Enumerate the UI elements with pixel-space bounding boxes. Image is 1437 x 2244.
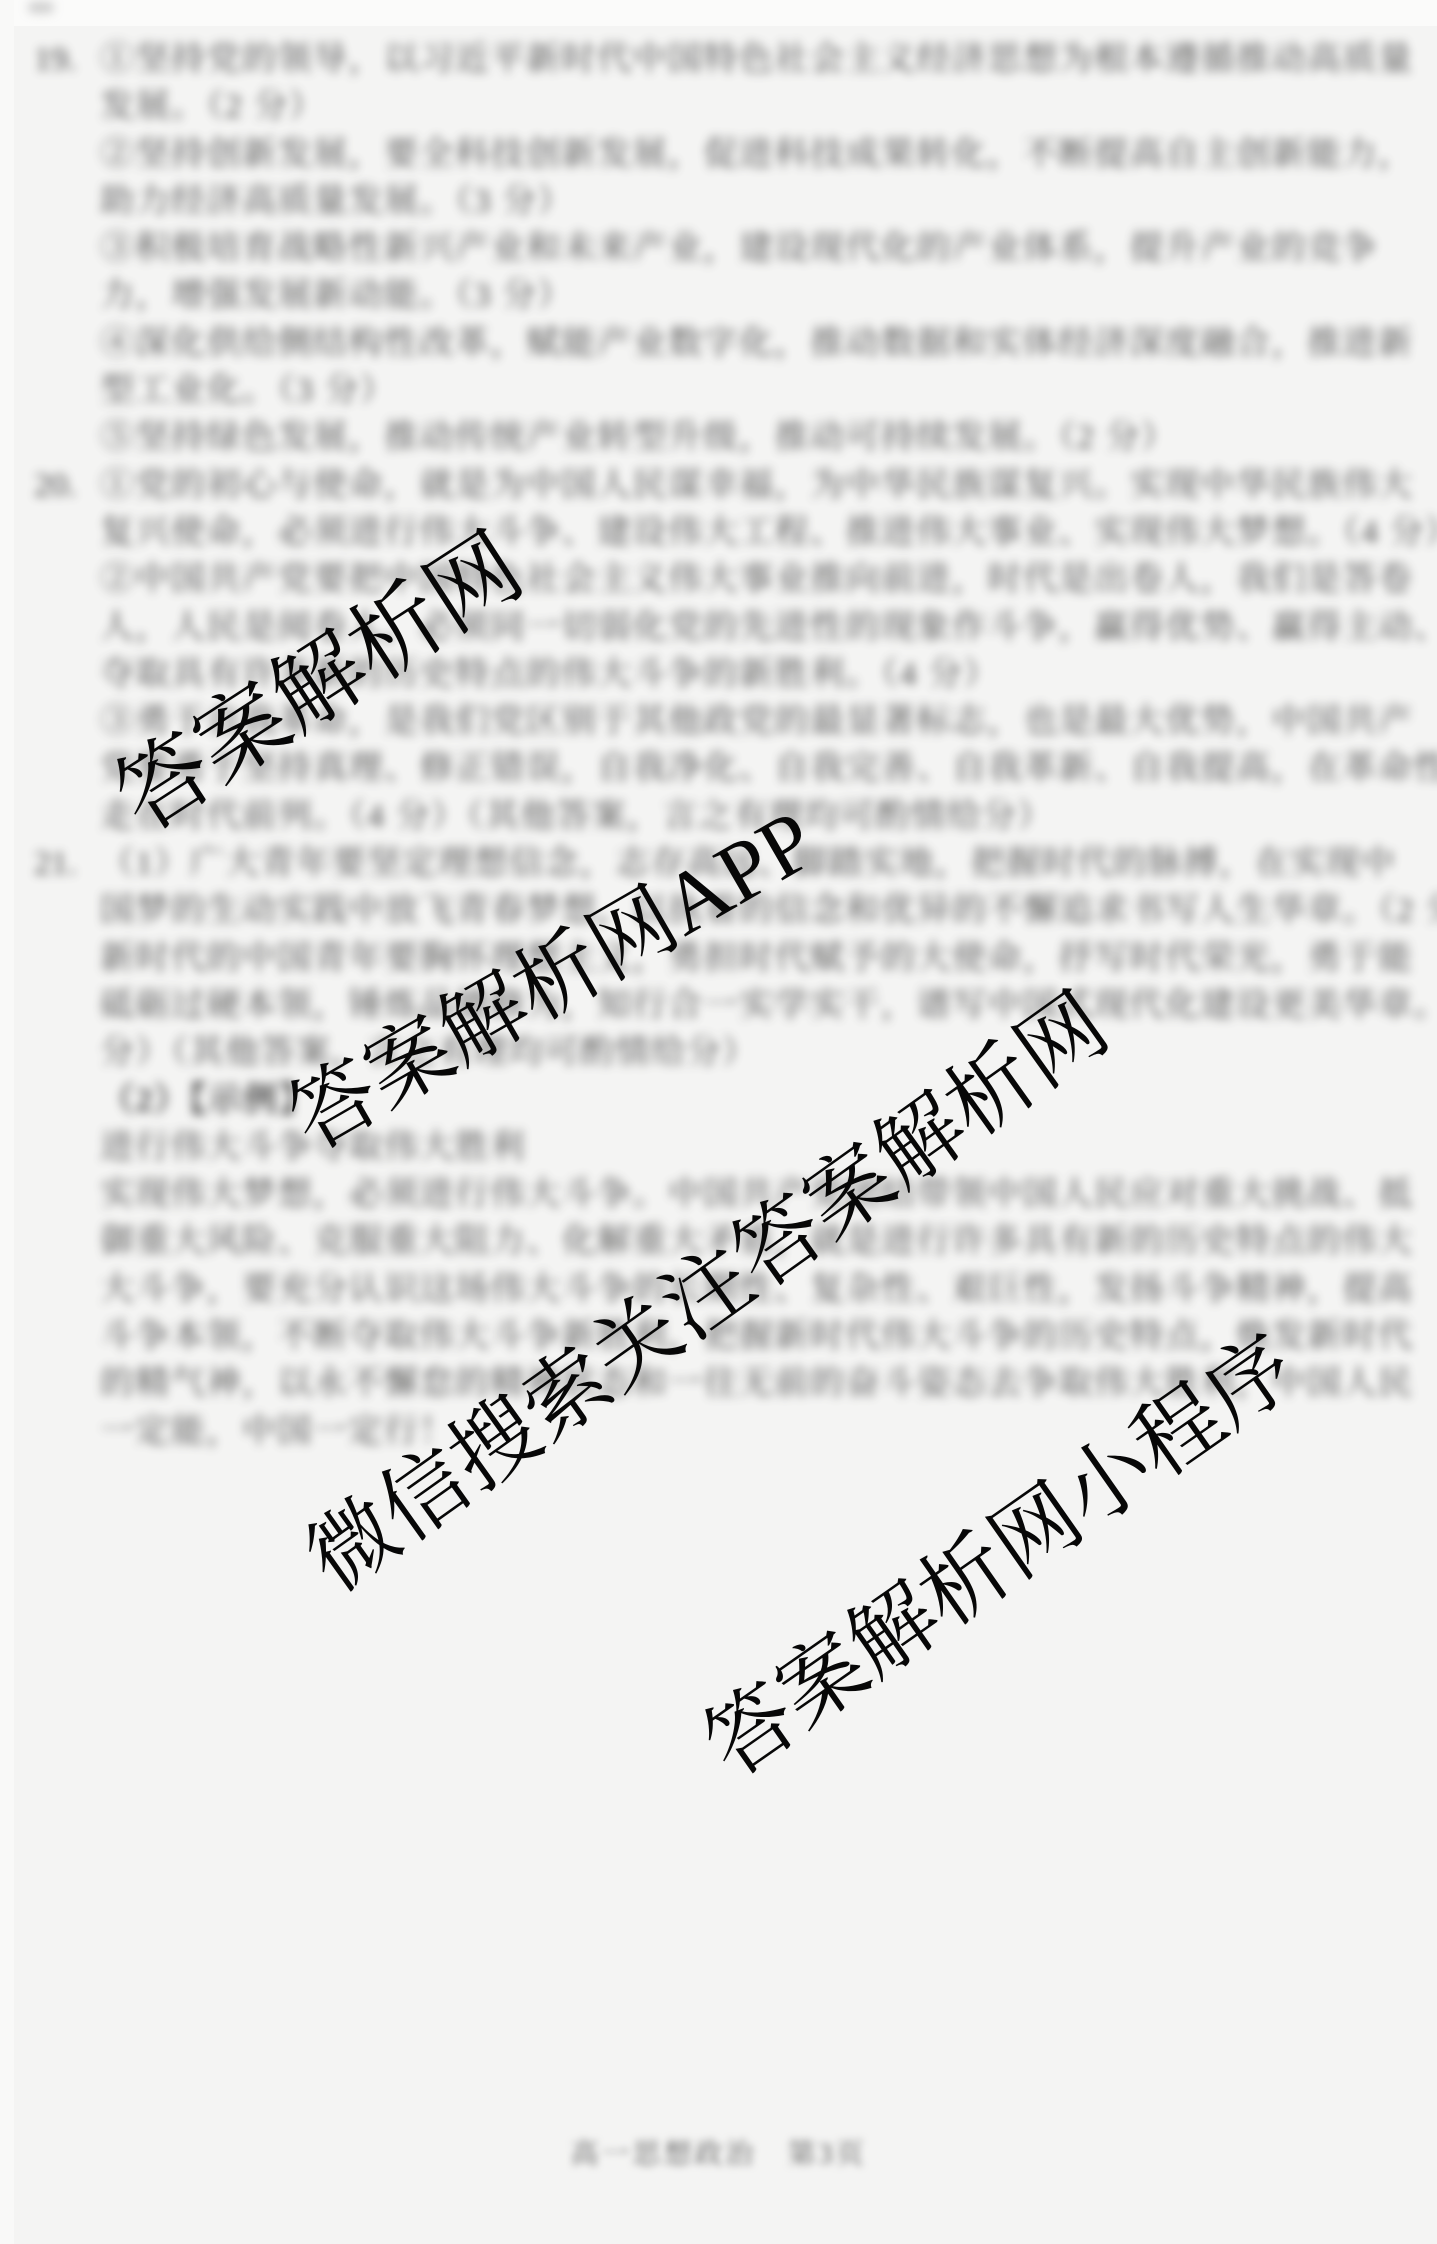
answer-line: 19.①坚持党的领导，以习近平新时代中国特色社会主义经济思想为根本遵循推动高质量 [0, 36, 1437, 83]
answer-line-text: 力，增强发展新动能。（3 分） [100, 277, 573, 314]
answer-line-text: 砥砺过硬本领，锤炼品德修为，知行合一实学实干，谱写中国式现代化建设更美华章。（4 [100, 987, 1437, 1024]
answer-line-text: 新时代的中国青年要胸怀理想主义，勇担时代赋予的大使命，抒写时代荣光，勇于能 [100, 940, 1414, 977]
answer-line: 发展。（2 分） [0, 83, 1437, 130]
answer-line-text: ④深化供给侧结构性改革，赋能产业数字化，推动数据和实体经济深度融合，推进新 [100, 325, 1414, 362]
answer-line: 进行伟大斗争夺取伟大胜利 [0, 1124, 1437, 1171]
page-footer: 高一思想政治 第3页 [0, 2132, 1437, 2172]
item-number: 21. [34, 840, 77, 887]
answer-line-text: 助力经济高质量发展。（3 分） [100, 183, 573, 220]
scanned-answer-page: 19.①坚持党的领导，以习近平新时代中国特色社会主义经济思想为根本遵循推动高质量… [0, 0, 1437, 2244]
answer-line-text: ①坚持党的领导，以习近平新时代中国特色社会主义经济思想为根本遵循推动高质量 [100, 41, 1414, 78]
answer-line: ④深化供给侧结构性改革，赋能产业数字化，推动数据和实体经济深度融合，推进新 [0, 320, 1437, 367]
answer-line: 型工业化。（3 分） [0, 367, 1437, 414]
answer-line: 力，增强发展新动能。（3 分） [0, 272, 1437, 319]
answer-line-text: 走在时代前列。（4 分）（其他答案，言之有理均可酌情给分） [100, 798, 1053, 835]
answer-line-text: 复兴使命，必须进行伟大斗争、建设伟大工程、推进伟大事业、实现伟大梦想。（4 分） [100, 514, 1437, 551]
answer-line: 人，人民是阅卷人，必须同一切弱化党的先进性的现象作斗争，赢得优势、赢得主动、 [0, 604, 1437, 651]
answer-line-text: ①党的初心与使命，就是为中国人民谋幸福，为中华民族谋复兴。实现中华民族伟大 [100, 467, 1414, 504]
answer-line: 助力经济高质量发展。（3 分） [0, 178, 1437, 225]
answer-line-text: 发展。（2 分） [100, 88, 325, 125]
answer-line-text: ③积极培育战略性新兴产业和未来产业，建设现代化的产业体系，提升产业的竞争 [100, 230, 1378, 267]
answer-line: 分）（其他答案，言之有理均可酌情给分） [0, 1029, 1437, 1076]
answer-line-text: 型工业化。（3 分） [100, 372, 396, 409]
answer-line: 砥砺过硬本领，锤炼品德修为，知行合一实学实干，谱写中国式现代化建设更美华章。（4 [0, 982, 1437, 1029]
answer-line: ②坚持创新发展，要全科技创新发展，促进科技成果转化，不断提高自主创新能力， [0, 131, 1437, 178]
item-number: 19. [34, 36, 77, 83]
scan-artifact [28, 2, 54, 13]
answer-line-text: ②坚持创新发展，要全科技创新发展，促进科技成果转化，不断提高自主创新能力， [100, 136, 1414, 173]
answer-line-text: ⑤坚持绿色发展，推动传统产业转型升级，推动可持续发展。（2 分） [100, 419, 1177, 456]
answer-line: 复兴使命，必须进行伟大斗争、建设伟大工程、推进伟大事业、实现伟大梦想。（4 分） [0, 509, 1437, 556]
answer-line: ③积极培育战略性新兴产业和未来产业，建设现代化的产业体系，提升产业的竞争 [0, 225, 1437, 272]
answer-line: ⑤坚持绿色发展，推动传统产业转型升级，推动可持续发展。（2 分） [0, 414, 1437, 461]
answer-line: 20.①党的初心与使命，就是为中国人民谋幸福，为中华民族谋复兴。实现中华民族伟大 [0, 462, 1437, 509]
answer-line: ②中国共产党要把中国特色社会主义伟大事业推向前进，时代是出卷人，我们是答卷 [0, 556, 1437, 603]
answer-line: （2）【示例】 [0, 1077, 1437, 1124]
item-number: 20. [34, 462, 77, 509]
answer-line-text: ②中国共产党要把中国特色社会主义伟大事业推向前进，时代是出卷人，我们是答卷 [100, 561, 1414, 598]
scan-top-edge [0, 0, 1437, 26]
